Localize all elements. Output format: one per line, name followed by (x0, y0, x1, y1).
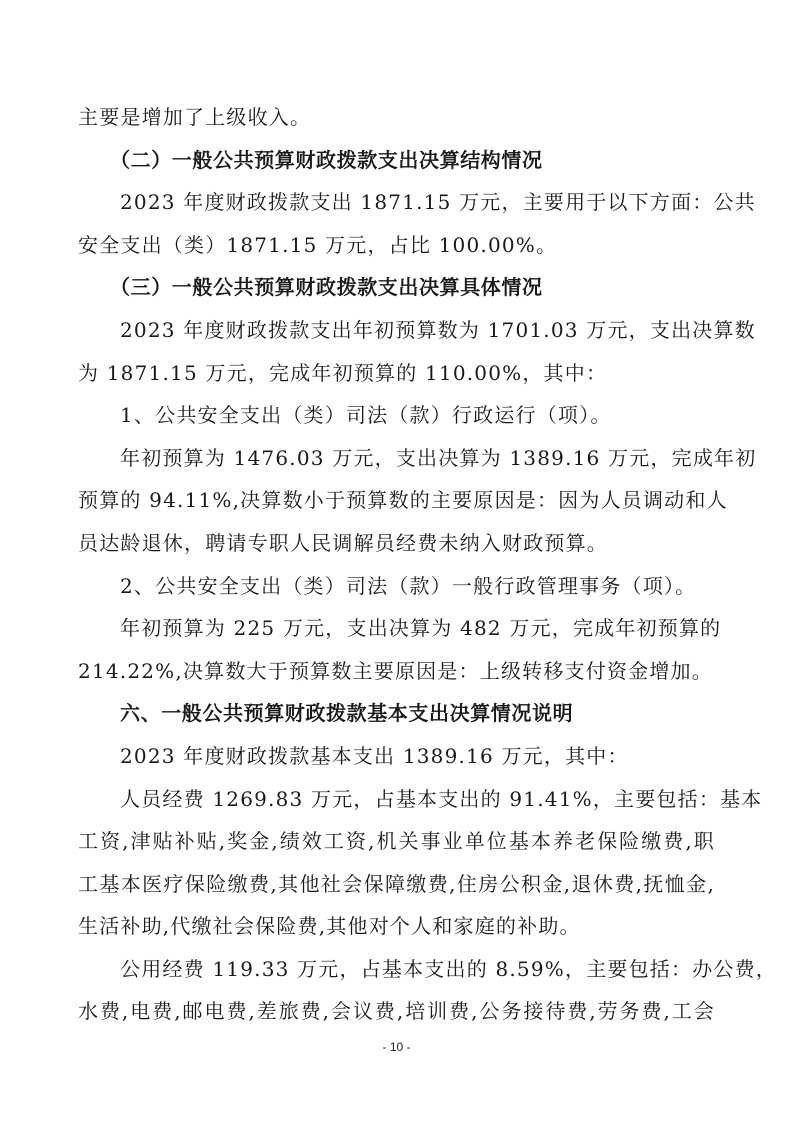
list-item-heading: 2、公共安全支出（类）司法（款）一般行政管理事务（项）。 (78, 565, 715, 608)
page-number: - 10 - (0, 1040, 793, 1054)
paragraph-line: 为 1871.15 万元，完成年初预算的 110.00%，其中： (78, 352, 715, 395)
paragraph-line: 工基本医疗保险缴费,其他社会保障缴费,住房公积金,退休费,抚恤金, (78, 863, 715, 906)
section-heading: 六、一般公共预算财政拨款基本支出决算情况说明 (78, 692, 715, 735)
paragraph-line: 主要是增加了上级收入。 (78, 96, 715, 139)
paragraph-line: 员达龄退休，聘请专职人民调解员经费未纳入财政预算。 (78, 522, 715, 565)
subheading-structure: （二）一般公共预算财政拨款支出决算结构情况 (78, 139, 715, 182)
paragraph-line: 生活补助,代缴社会保险费,其他对个人和家庭的补助。 (78, 905, 715, 948)
paragraph-line: 人员经费 1269.83 万元，占基本支出的 91.41%，主要包括：基本 (78, 778, 715, 821)
paragraph-line: 水费,电费,邮电费,差旅费,会议费,培训费,公务接待费,劳务费,工会 (78, 990, 715, 1033)
paragraph-line: 安全支出（类）1871.15 万元，占比 100.00%。 (78, 224, 715, 267)
list-item-heading: 1、公共安全支出（类）司法（款）行政运行（项）。 (78, 394, 715, 437)
paragraph-line: 年初预算为 1476.03 万元，支出决算为 1389.16 万元，完成年初 (78, 437, 715, 480)
paragraph-line: 214.22%,决算数大于预算数主要原因是：上级转移支付资金增加。 (78, 650, 715, 693)
paragraph-line: 预算的 94.11%,决算数小于预算数的主要原因是：因为人员调动和人 (78, 479, 715, 522)
paragraph-line: 2023 年度财政拨款支出年初预算数为 1701.03 万元，支出决算数 (78, 309, 715, 352)
document-page: 主要是增加了上级收入。 （二）一般公共预算财政拨款支出决算结构情况 2023 年… (78, 96, 715, 1033)
subheading-details: （三）一般公共预算财政拨款支出决算具体情况 (78, 266, 715, 309)
paragraph-line: 2023 年度财政拨款支出 1871.15 万元，主要用于以下方面：公共 (78, 181, 715, 224)
paragraph-line: 公用经费 119.33 万元，占基本支出的 8.59%，主要包括：办公费， (78, 948, 715, 991)
paragraph-line: 工资,津贴补贴,奖金,绩效工资,机关事业单位基本养老保险缴费,职 (78, 820, 715, 863)
paragraph-line: 2023 年度财政拨款基本支出 1389.16 万元，其中： (78, 735, 715, 778)
paragraph-line: 年初预算为 225 万元，支出决算为 482 万元，完成年初预算的 (78, 607, 715, 650)
